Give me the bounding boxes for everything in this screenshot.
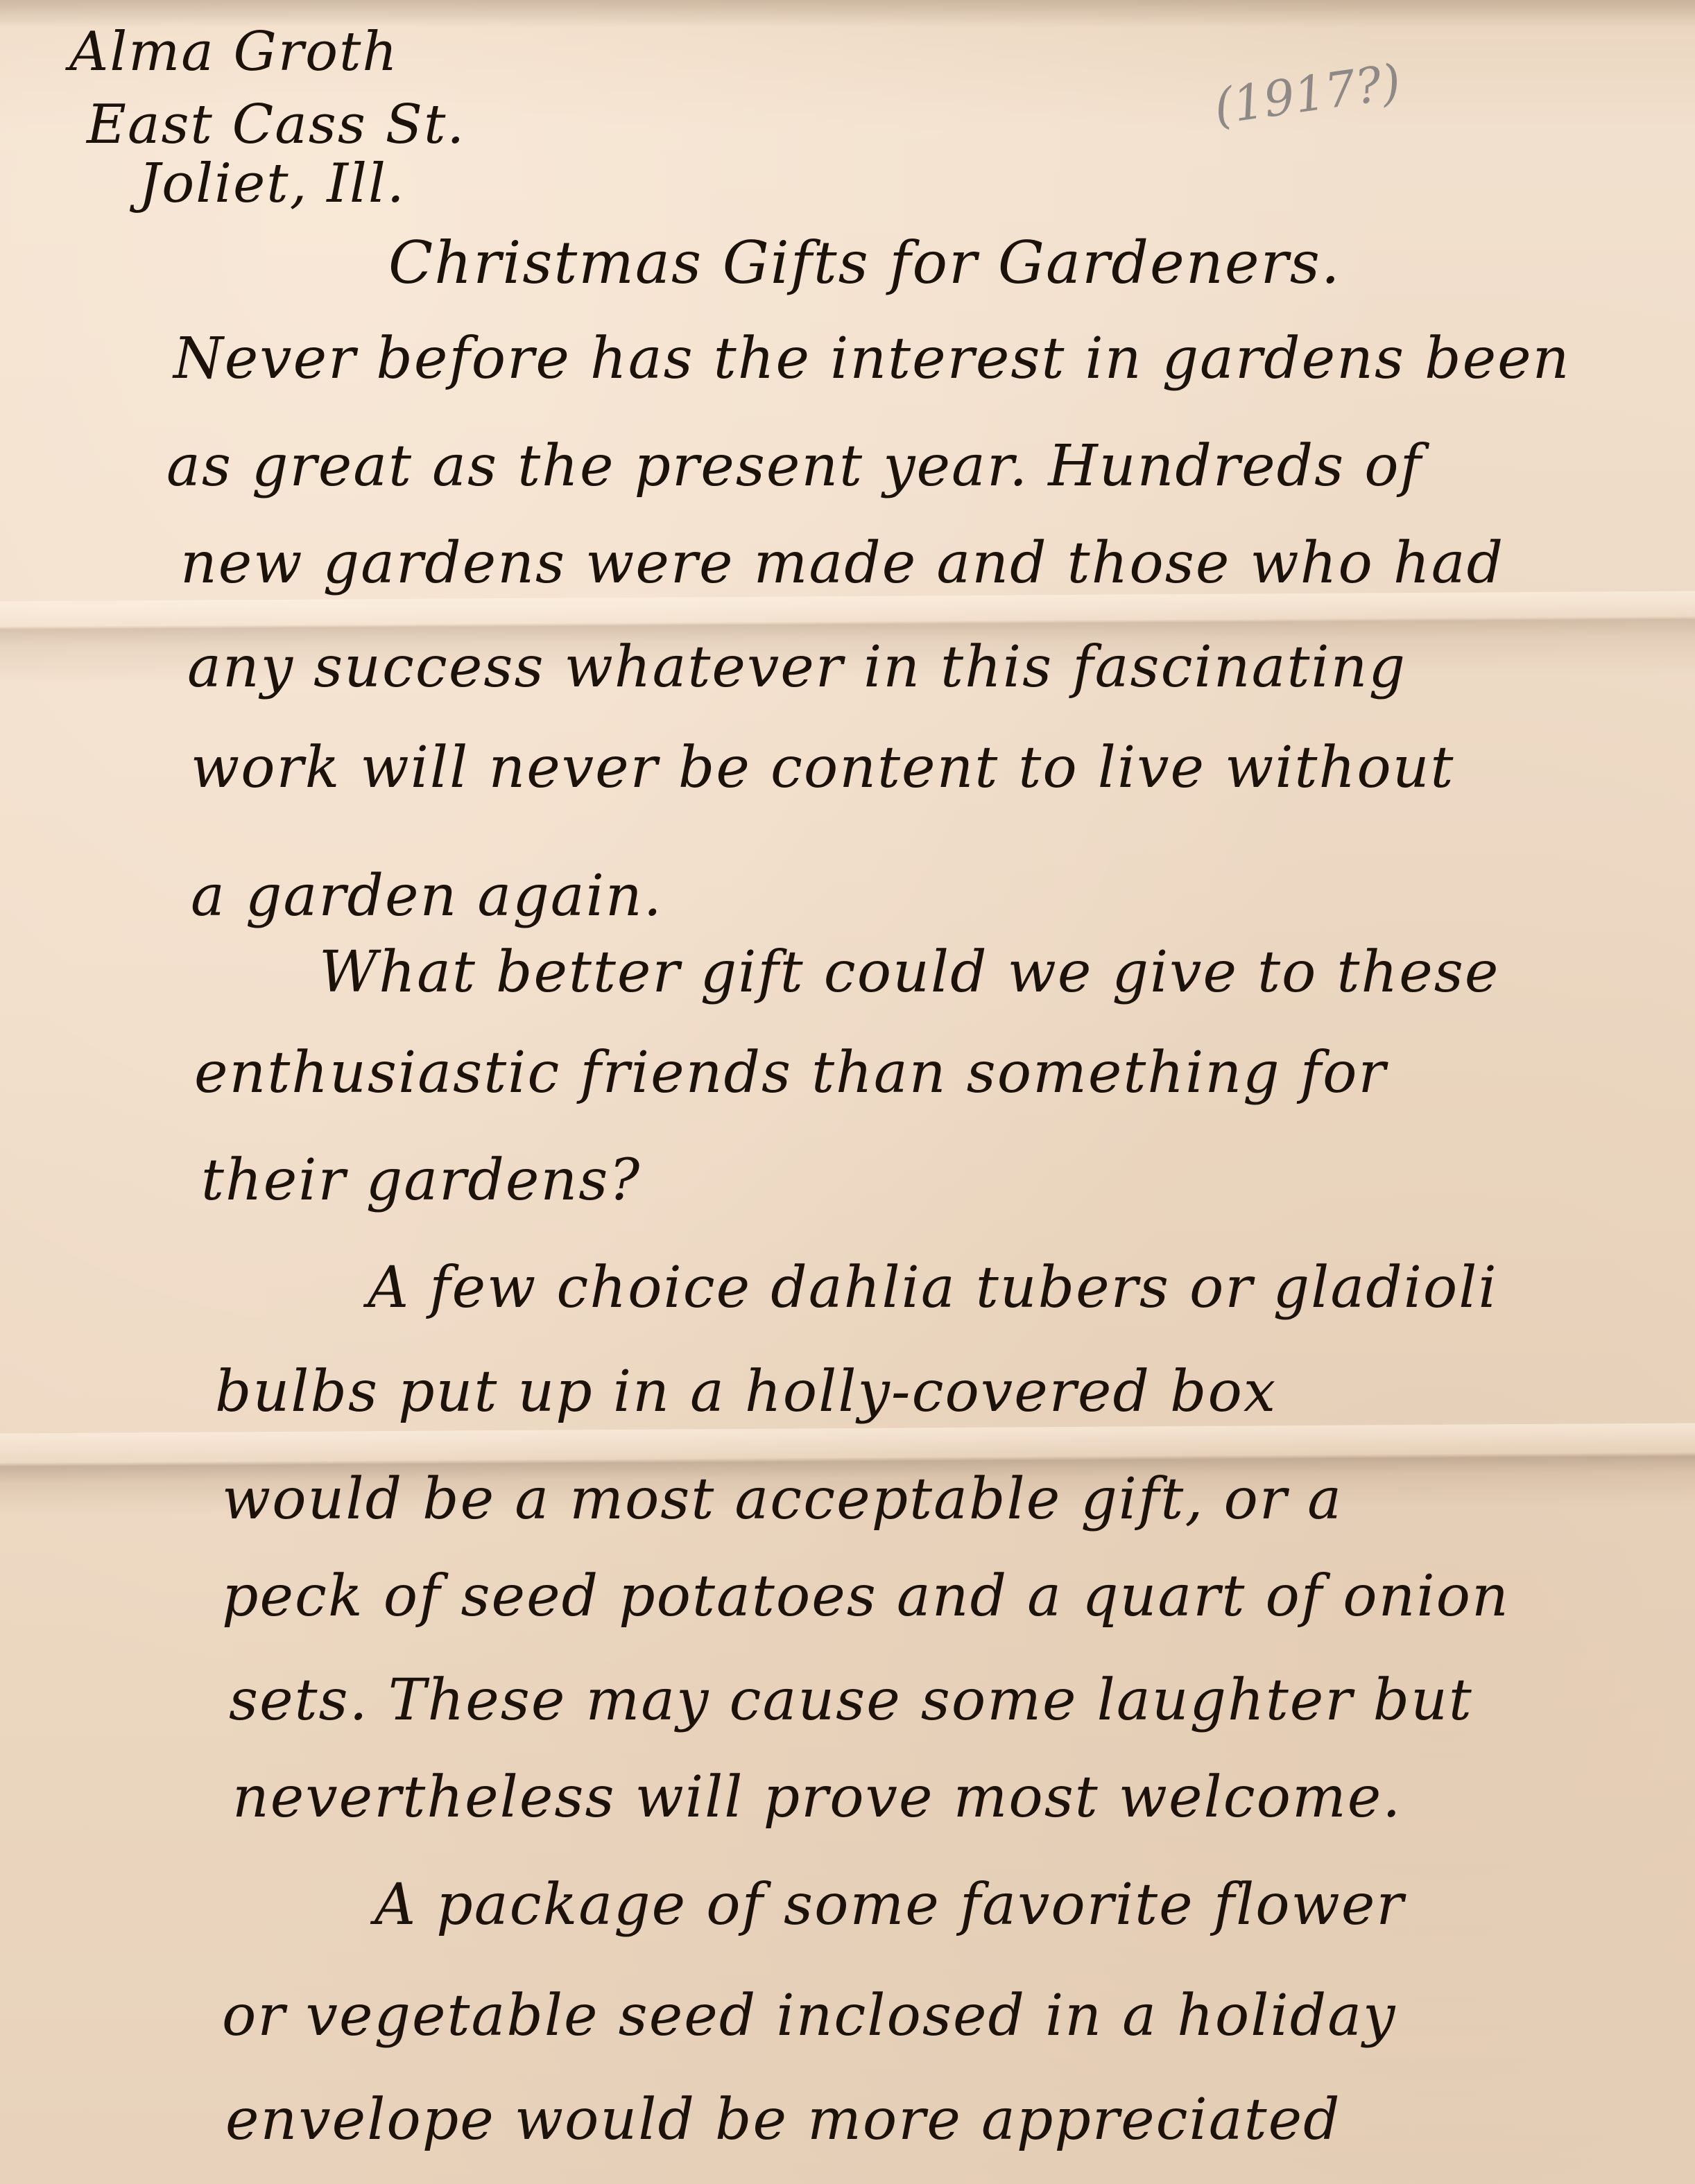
text-line: sets. These may cause some laughter but (229, 1667, 1473, 1733)
text-line: new gardens were made and those who had (180, 530, 1504, 596)
text-line: nevertheless will prove most welcome. (232, 1765, 1402, 1830)
sender-street: East Cass St. (87, 94, 465, 156)
document-title: Christmas Gifts for Gardeners. (388, 229, 1341, 297)
text-line: What better gift could we give to these (319, 939, 1499, 1005)
text-line: work will never be content to live witho… (191, 735, 1454, 801)
text-line: A few choice dahlia tubers or gladioli (368, 1255, 1498, 1321)
text-line: Never before has the interest in gardens… (173, 326, 1570, 392)
sender-name: Alma Groth (69, 21, 399, 83)
text-line: would be a most acceptable gift, or a (222, 1466, 1343, 1532)
text-line: any success whatever in this fascinating (187, 634, 1406, 700)
text-line: A package of some favorite flower (375, 1872, 1405, 1938)
text-line: as great as the present year. Hundreds o… (166, 433, 1422, 499)
text-line: their gardens? (201, 1147, 641, 1213)
text-line: peck of seed potatoes and a quart of oni… (222, 1563, 1510, 1629)
sender-city: Joliet, Ill. (139, 153, 406, 215)
text-line: a garden again. (191, 863, 663, 929)
text-line: envelope would be more appreciated (225, 2087, 1341, 2153)
text-line: or vegetable seed inclosed in a holiday (222, 1983, 1396, 2049)
text-line: enthusiastic friends than something for (194, 1040, 1387, 1106)
text-line: bulbs put up in a holly-covered box (215, 1359, 1277, 1425)
